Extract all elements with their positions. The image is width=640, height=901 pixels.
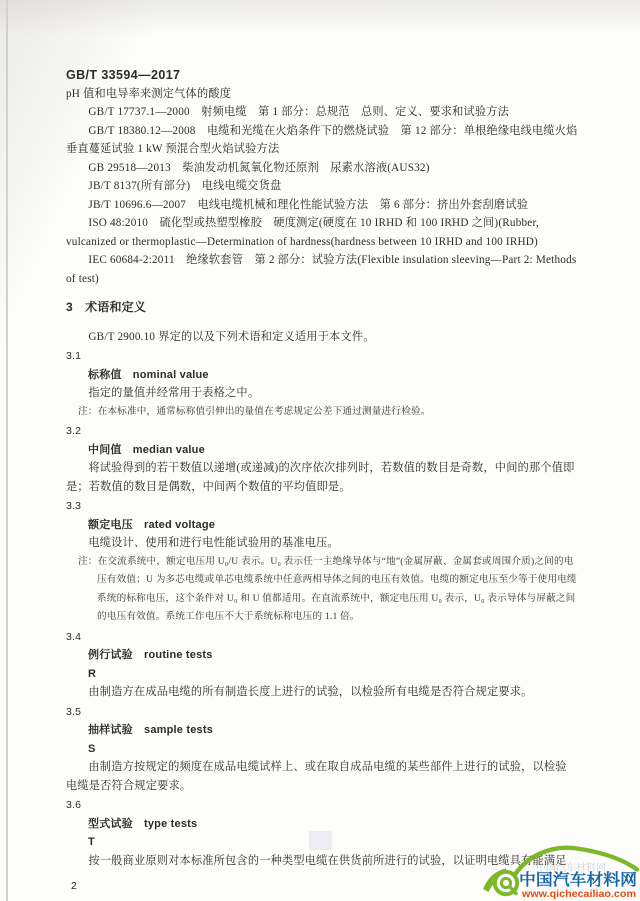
term-note: 注：在本标准中，通常标称值引伸出的量值在考虑规定公差下通过测量进行检验。 — [78, 403, 578, 422]
term-title: 抽样试验 sample tests — [66, 721, 578, 740]
car-logo-graphic: 中国汽车材料网 中国汽车材料网 www.qichecailiao.com — [478, 831, 640, 901]
term-symbol: R — [66, 665, 578, 684]
scan-artifact — [309, 831, 332, 850]
term-definition: 由制造方按规定的频度在成品电缆试样上、或在取自成品电缆的某些部件上进行的试验，以… — [66, 758, 578, 795]
reference-item: IEC 60684-2:2011 绝缘软套管 第 2 部分：试验方法(Flexi… — [66, 251, 578, 288]
term-title: 标称值 nominal value — [66, 366, 578, 385]
term-definition: 将试验得到的若干数值以递增(或递减)的次序依次排列时，若数值的数目是奇数，中间的… — [66, 459, 578, 496]
section-heading: 3 术语和定义 — [66, 298, 578, 317]
reference-item: GB/T 17737.1—2000 射频电缆 第 1 部分：总规范 总则、定义、… — [66, 103, 578, 122]
section-intro: GB/T 2900.10 界定的以及下列术语和定义适用于本文件。 — [66, 328, 578, 347]
term-definition: 指定的量值并经常用于表格之中。 — [66, 384, 578, 403]
term-note: 注：在交流系统中，额定电压用 U₀/U 表示。U₀ 表示任一主绝缘导体与“地”(… — [78, 553, 578, 627]
scanned-document-page: GB/T 33594—2017 pH 值和电导率来测定气体的酸度 GB/T 17… — [0, 0, 640, 901]
term-number: 3.3 — [66, 497, 578, 516]
term-definition: 由制造方在成品电缆的所有制造长度上进行的试验，以检验所有电缆是否符合规定要求。 — [66, 683, 578, 702]
term-title: 例行试验 routine tests — [66, 646, 578, 665]
q-logo-icon — [493, 870, 519, 896]
term-number: 3.5 — [66, 703, 578, 722]
reference-item: GB 29518—2013 柴油发动机氮氧化物还原剂 尿素水溶液(AUS32) — [66, 159, 578, 178]
reference-item: JB/T 10696.6—2007 电线电缆机械和理化性能试验方法 第 6 部分… — [66, 196, 578, 215]
document-content: GB/T 33594—2017 pH 值和电导率来测定气体的酸度 GB/T 17… — [66, 66, 578, 896]
site-name: 中国汽车材料网 — [519, 870, 637, 889]
term-definition: 电缆设计、使用和进行电性能试验用的基准电压。 — [66, 534, 578, 553]
term-number: 3.6 — [66, 796, 578, 815]
site-url: www.qichecailiao.com — [521, 889, 636, 900]
standard-code: GB/T 33594—2017 — [66, 66, 578, 85]
term-number: 3.1 — [66, 347, 578, 366]
reference-item: GB/T 18380.12—2008 电缆和光缆在火焰条件下的燃烧试验 第 12… — [66, 122, 578, 159]
term-number: 3.2 — [66, 422, 578, 441]
term-number: 3.4 — [66, 628, 578, 647]
term-symbol: S — [66, 740, 578, 759]
watermark-logo: 中国汽车材料网 中国汽车材料网 www.qichecailiao.com — [478, 831, 640, 901]
term-title: 额定电压 rated voltage — [66, 516, 578, 535]
term-title: 中间值 median value — [66, 441, 578, 460]
carryover-text: pH 值和电导率来测定气体的酸度 — [66, 85, 578, 104]
reference-item: ISO 48:2010 硫化型或热塑型橡胶 硬度测定(硬度在 10 IRHD 和… — [66, 214, 578, 251]
page-edge-shadow — [6, 0, 8, 901]
reference-item: JB/T 8137(所有部分) 电线电缆交货盘 — [66, 177, 578, 196]
